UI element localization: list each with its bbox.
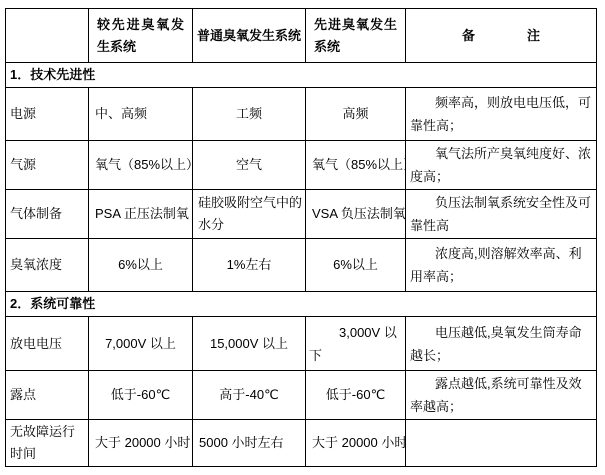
remark-cell: 电压越低,臭氧发生筒寿命越长； — [406, 317, 597, 371]
cell-value: 大于 20000 小时 — [89, 420, 193, 467]
remark-cell: 负压法制氧系统安全性及可靠性高 — [406, 190, 597, 239]
cell-value: 大于 20000 小时 — [306, 420, 406, 467]
header-cell-empty — [6, 9, 89, 63]
row-label: 露点 — [6, 371, 89, 420]
row-label: 放电电压 — [6, 317, 89, 371]
table-row: 露点 低于-60℃ 高于-40℃ 低于-60℃ 露点越低,系统可靠性及效率越高； — [6, 371, 597, 420]
cell-value: 硅胶吸附空气中的水分 — [193, 190, 306, 239]
section-title: 1．技术先进性 — [6, 63, 597, 88]
header-cell-system-b: 普通臭氧发生系统 — [193, 9, 306, 63]
comparison-table: 较先进臭氧发生系统 普通臭氧发生系统 先进臭氧发生系统 备 注 1．技术先进性 … — [5, 8, 597, 467]
cell-value: 6%以上 — [306, 239, 406, 292]
table-row: 气体制备 PSA 正压法制氧 硅胶吸附空气中的水分 VSA 负压法制氧 负压法制… — [6, 190, 597, 239]
table-row: 气源 氧气（85%以上） 空气 氧气（85%以上） 氧气法所产臭氧纯度好、浓度高… — [6, 141, 597, 190]
cell-value: 1%左右 — [193, 239, 306, 292]
cell-value: 高于-40℃ — [193, 371, 306, 420]
cell-value: 3,000V 以下 — [306, 317, 406, 371]
header-cell-remark: 备 注 — [406, 9, 597, 63]
row-label: 气源 — [6, 141, 89, 190]
header-row: 较先进臭氧发生系统 普通臭氧发生系统 先进臭氧发生系统 备 注 — [6, 9, 597, 63]
table-row: 无故障运行时间 大于 20000 小时 5000 小时左右 大于 20000 小… — [6, 420, 597, 467]
section-row: 2．系统可靠性 — [6, 292, 597, 317]
cell-value: 低于-60℃ — [89, 371, 193, 420]
remark-cell: 频率高，则放电电压低，可靠性高； — [406, 88, 597, 141]
row-label: 臭氧浓度 — [6, 239, 89, 292]
header-cell-system-c: 先进臭氧发生系统 — [306, 9, 406, 63]
table-row: 放电电压 7,000V 以上 15,000V 以上 3,000V 以下 电压越低… — [6, 317, 597, 371]
remark-cell: 露点越低,系统可靠性及效率越高； — [406, 371, 597, 420]
cell-value: 低于-60℃ — [306, 371, 406, 420]
remark-cell: 浓度高,则溶解效率高、利用率高； — [406, 239, 597, 292]
cell-value: 空气 — [193, 141, 306, 190]
remark-cell: 氧气法所产臭氧纯度好、浓度高； — [406, 141, 597, 190]
cell-value: PSA 正压法制氧 — [89, 190, 193, 239]
table-row: 电源 中、高频 工频 高频 频率高，则放电电压低，可靠性高； — [6, 88, 597, 141]
table-row: 臭氧浓度 6%以上 1%左右 6%以上 浓度高,则溶解效率高、利用率高； — [6, 239, 597, 292]
remark-cell — [406, 420, 597, 467]
header-cell-system-a: 较先进臭氧发生系统 — [89, 9, 193, 63]
cell-value: 氧气（85%以上） — [306, 141, 406, 190]
cell-value: 中、高频 — [89, 88, 193, 141]
row-label: 气体制备 — [6, 190, 89, 239]
section-row: 1．技术先进性 — [6, 63, 597, 88]
section-title: 2．系统可靠性 — [6, 292, 597, 317]
cell-value: 氧气（85%以上） — [89, 141, 193, 190]
row-label: 电源 — [6, 88, 89, 141]
cell-value: 高频 — [306, 88, 406, 141]
cell-value: 工频 — [193, 88, 306, 141]
cell-value: VSA 负压法制氧 — [306, 190, 406, 239]
cell-value: 5000 小时左右 — [193, 420, 306, 467]
cell-value: 7,000V 以上 — [89, 317, 193, 371]
cell-value: 15,000V 以上 — [193, 317, 306, 371]
cell-value: 6%以上 — [89, 239, 193, 292]
row-label: 无故障运行时间 — [6, 420, 89, 467]
